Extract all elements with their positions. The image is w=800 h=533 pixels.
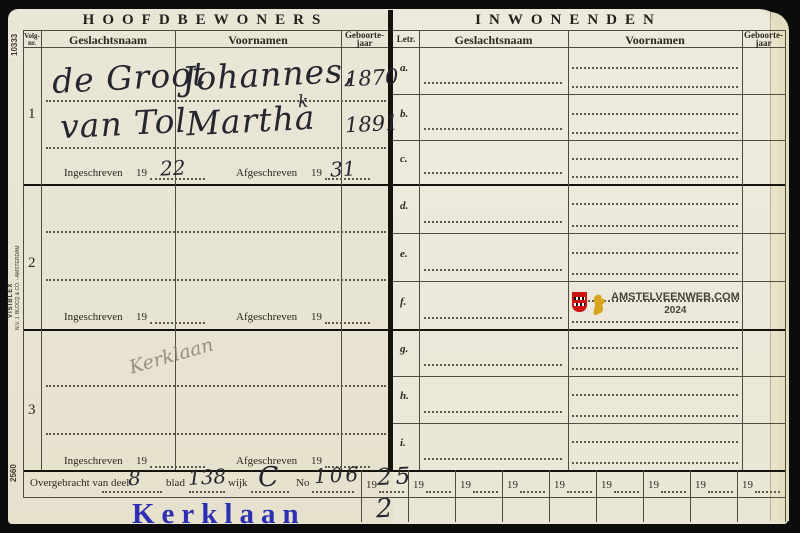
write-line [572,113,738,115]
colhead-volgnr-line2: nr. [23,40,41,47]
block-separator-2 [23,329,785,331]
colhead-left-geslachtsnaam: Geslachtsnaam [41,33,175,48]
write-line [312,491,354,493]
year-cell-prefix: 19 [601,479,612,491]
row-number-1: 1 [28,106,36,123]
amstelveen-crest-icon [572,292,587,312]
write-line [661,491,686,493]
ingeschreven-label-2: Ingeschreven [64,311,123,323]
write-line [614,491,639,493]
year-cell-border [455,470,456,522]
colhead-right-voornamen: Voornamen [568,33,742,48]
row-line-h [393,423,785,424]
write-line [572,252,738,254]
register-page-scan: 10333 VISIBLEX N.V. J. BLOCQ & CO. - AMS… [0,0,800,533]
blad-label: blad [166,477,185,489]
write-line [189,491,225,493]
write-line [572,86,738,88]
col-line-right-geboortejaar [742,30,743,470]
table-right-border [785,30,786,522]
lion-icon [590,292,608,316]
row-line-b [393,140,785,141]
letter-c: c. [400,153,408,165]
write-line [424,128,562,130]
year-cell-prefix: 19 [648,479,659,491]
letter-g: g. [400,343,408,355]
year-cell-border [361,470,362,522]
write-line [325,322,370,324]
handwriting-wijk: C [257,461,279,493]
handwriting-geslachtsnaam-2: van Tol [59,101,188,147]
handwriting-geboortejaar-2: 1891 [344,111,399,138]
year-cell-prefix: 19 [460,479,471,491]
write-line [572,462,738,464]
write-line [572,67,738,69]
printer-imprint: N.V. J. BLOCQ & CO. - AMSTERDAM [15,245,21,330]
colhead-right-geboortejaar-line2: jaar [742,39,785,48]
row-line-a [393,94,785,95]
afgeschreven-year-prefix-1: 19 [311,167,322,179]
wijk-label: wijk [228,477,248,489]
no-label: No [296,477,309,489]
col-line-right-voornamen [568,30,569,470]
year-cell-border [737,470,738,522]
form-stock-number: 2560 [9,464,18,482]
letter-d: d. [400,200,408,212]
letter-f: f. [400,296,406,308]
write-line [424,458,562,460]
write-line [102,491,162,493]
colhead-right-geslachtsnaam: Geslachtsnaam [419,33,568,48]
write-line [572,441,738,443]
col-line-letr [419,30,420,470]
handwriting-ingeschreven-year-1: 22 [159,155,186,180]
handwriting-blad: 138 [187,464,226,490]
row-line-d [393,233,785,234]
col-line-left-geboortejaar [341,30,342,470]
year-cell-border [643,470,644,522]
page-edge [770,12,789,521]
afgeschreven-label-2: Afgeschreven [236,311,297,323]
afgeschreven-label-1: Afgeschreven [236,167,297,179]
write-line [424,269,562,271]
table-top-border [23,30,785,31]
handwriting-voornamen-2: Martha [185,98,316,144]
watermark: AMSTELVEENWEB.COM 2024 [572,292,740,316]
letter-i: i. [400,437,406,449]
block-separator-1 [23,184,785,186]
handwriting-no: 106 [313,462,361,488]
handwriting-deel: 8 [127,466,141,491]
row-number-3: 3 [28,402,36,419]
write-line [424,172,562,174]
year-cell-border [549,470,550,522]
printer-brand: VISIBLEX [8,283,14,318]
watermark-year: 2024 [611,305,740,316]
write-line [708,491,733,493]
write-line [572,158,738,160]
write-line [755,491,780,493]
write-line [473,491,498,493]
year-cell-border [502,470,503,522]
write-line [572,273,738,275]
write-line [520,491,545,493]
letter-a: a. [400,62,408,74]
letter-e: e. [400,248,408,260]
watermark-site: AMSTELVEENWEB.COM [611,292,740,303]
form-serial-number: 10333 [9,32,20,58]
colhead-left-voornamen: Voornamen [175,33,341,48]
write-line [424,221,562,223]
write-line [572,368,738,370]
write-line [46,433,386,435]
write-line [572,132,738,134]
colhead-letr: Letr. [393,35,419,44]
section-title-inwonenden: INWONENDEN [395,12,742,29]
row-number-2: 2 [28,255,36,272]
year-cell-prefix: 19 [366,479,377,491]
write-line [150,322,205,324]
year-cell-prefix: 19 [695,479,706,491]
year-cell-border [690,470,691,522]
write-line [424,364,562,366]
write-line [572,347,738,349]
write-line [567,491,592,493]
section-title-hoofdbewoners: HOOFDBEWONERS [23,12,388,29]
year-cell-prefix: 19 [507,479,518,491]
write-line [46,279,386,281]
handwriting-house-number: 2 [375,494,393,525]
write-line [46,385,386,387]
write-line [46,147,386,149]
letter-b: b. [400,108,408,120]
col-line-volgnr [41,30,42,470]
write-line [572,225,738,227]
write-line [426,491,451,493]
write-line [46,100,386,102]
colhead-left-geboortejaar-line2: jaar [341,39,388,48]
write-line [572,321,738,323]
write-line [572,176,738,178]
col-line-left-voornamen [175,30,176,470]
handwriting-afgeschreven-year-1: 31 [329,156,356,181]
afgeschreven-year-prefix-2: 19 [311,311,322,323]
write-line [572,203,738,205]
overgebracht-label: Overgebracht van deel [30,477,129,489]
handwriting-first-year: 25 [376,463,415,491]
street-name-stamp: Kerklaan [132,498,306,531]
write-line [572,394,738,396]
ingeschreven-label-3: Ingeschreven [64,455,123,467]
ingeschreven-year-prefix-1: 19 [136,167,147,179]
table-left-border [23,30,24,497]
year-cell-prefix: 19 [554,479,565,491]
write-line [424,317,562,319]
write-line [46,231,386,233]
write-line [424,82,562,84]
ingeschreven-label-1: Ingeschreven [64,167,123,179]
letter-h: h. [400,390,409,402]
handwriting-geboortejaar-1: 1870 [344,65,399,92]
row-line-e [393,281,785,282]
ingeschreven-year-prefix-2: 19 [136,311,147,323]
write-line [572,415,738,417]
year-cell-border [596,470,597,522]
handwriting-annotation-k: k [297,92,308,113]
year-cell-prefix: 19 [742,479,753,491]
row-line-g [393,376,785,377]
write-line [424,411,562,413]
